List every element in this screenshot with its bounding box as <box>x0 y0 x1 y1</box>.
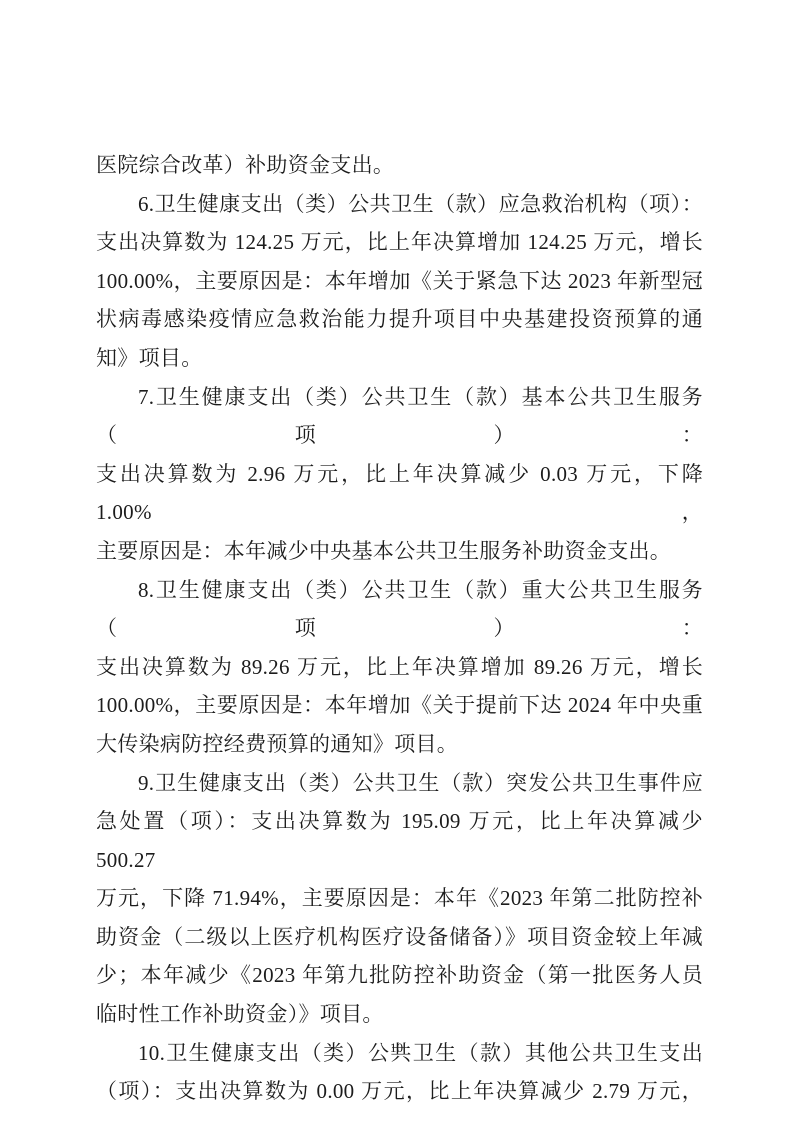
page-number: 10 <box>0 1040 793 1056</box>
text-line: 急处置（项）：支出决算数为 195.09 万元，比上年决算减少 500.27 <box>96 802 703 879</box>
text-line: 100.00%，主要原因是：本年增加《关于提前下达 2024 年中央重 <box>96 686 703 725</box>
text-line: 万元，下降 71.94%，主要原因是：本年《2023 年第二批防控补 <box>96 879 703 918</box>
text-line: 6.卫生健康支出（类）公共卫生（款）应急救治机构（项）： <box>96 185 703 224</box>
text-line: 支出决算数为 2.96 万元，比上年决算减少 0.03 万元，下降 1.00%， <box>96 455 703 532</box>
text-line: 助资金（二级以上医疗机构医疗设备储备）》项目资金较上年减 <box>96 918 703 957</box>
text-line: （项）：支出决算数为 0.00 万元，比上年决算减少 2.79 万元， <box>96 1072 703 1111</box>
text-line: 支出决算数为 89.26 万元，比上年决算增加 89.26 万元，增长 <box>96 648 703 687</box>
text-line: 主要原因是：本年减少中央基本公共卫生服务补助资金支出。 <box>96 532 703 571</box>
document-page: 医院综合改革）补助资金支出。 6.卫生健康支出（类）公共卫生（款）应急救治机构（… <box>0 0 793 1122</box>
body-text-block: 医院综合改革）补助资金支出。 6.卫生健康支出（类）公共卫生（款）应急救治机构（… <box>96 146 703 1111</box>
text-line: 100.00%，主要原因是：本年增加《关于紧急下达 2023 年新型冠 <box>96 262 703 301</box>
text-line: 大传染病防控经费预算的通知》项目。 <box>96 725 703 764</box>
text-line: 8.卫生健康支出（类）公共卫生（款）重大公共卫生服务（项）： <box>96 571 703 648</box>
text-line: 状病毒感染疫情应急救治能力提升项目中央基建投资预算的通 <box>96 300 703 339</box>
text-line: 临时性工作补助资金）》项目。 <box>96 995 703 1034</box>
text-line: 9.卫生健康支出（类）公共卫生（款）突发公共卫生事件应 <box>96 764 703 803</box>
text-line: 少；本年减少《2023 年第九批防控补助资金（第一批医务人员 <box>96 956 703 995</box>
text-line: 支出决算数为 124.25 万元，比上年决算增加 124.25 万元，增长 <box>96 223 703 262</box>
text-line: 7.卫生健康支出（类）公共卫生（款）基本公共卫生服务（项）： <box>96 378 703 455</box>
text-line: 知》项目。 <box>96 339 703 378</box>
text-line: 医院综合改革）补助资金支出。 <box>96 146 703 185</box>
